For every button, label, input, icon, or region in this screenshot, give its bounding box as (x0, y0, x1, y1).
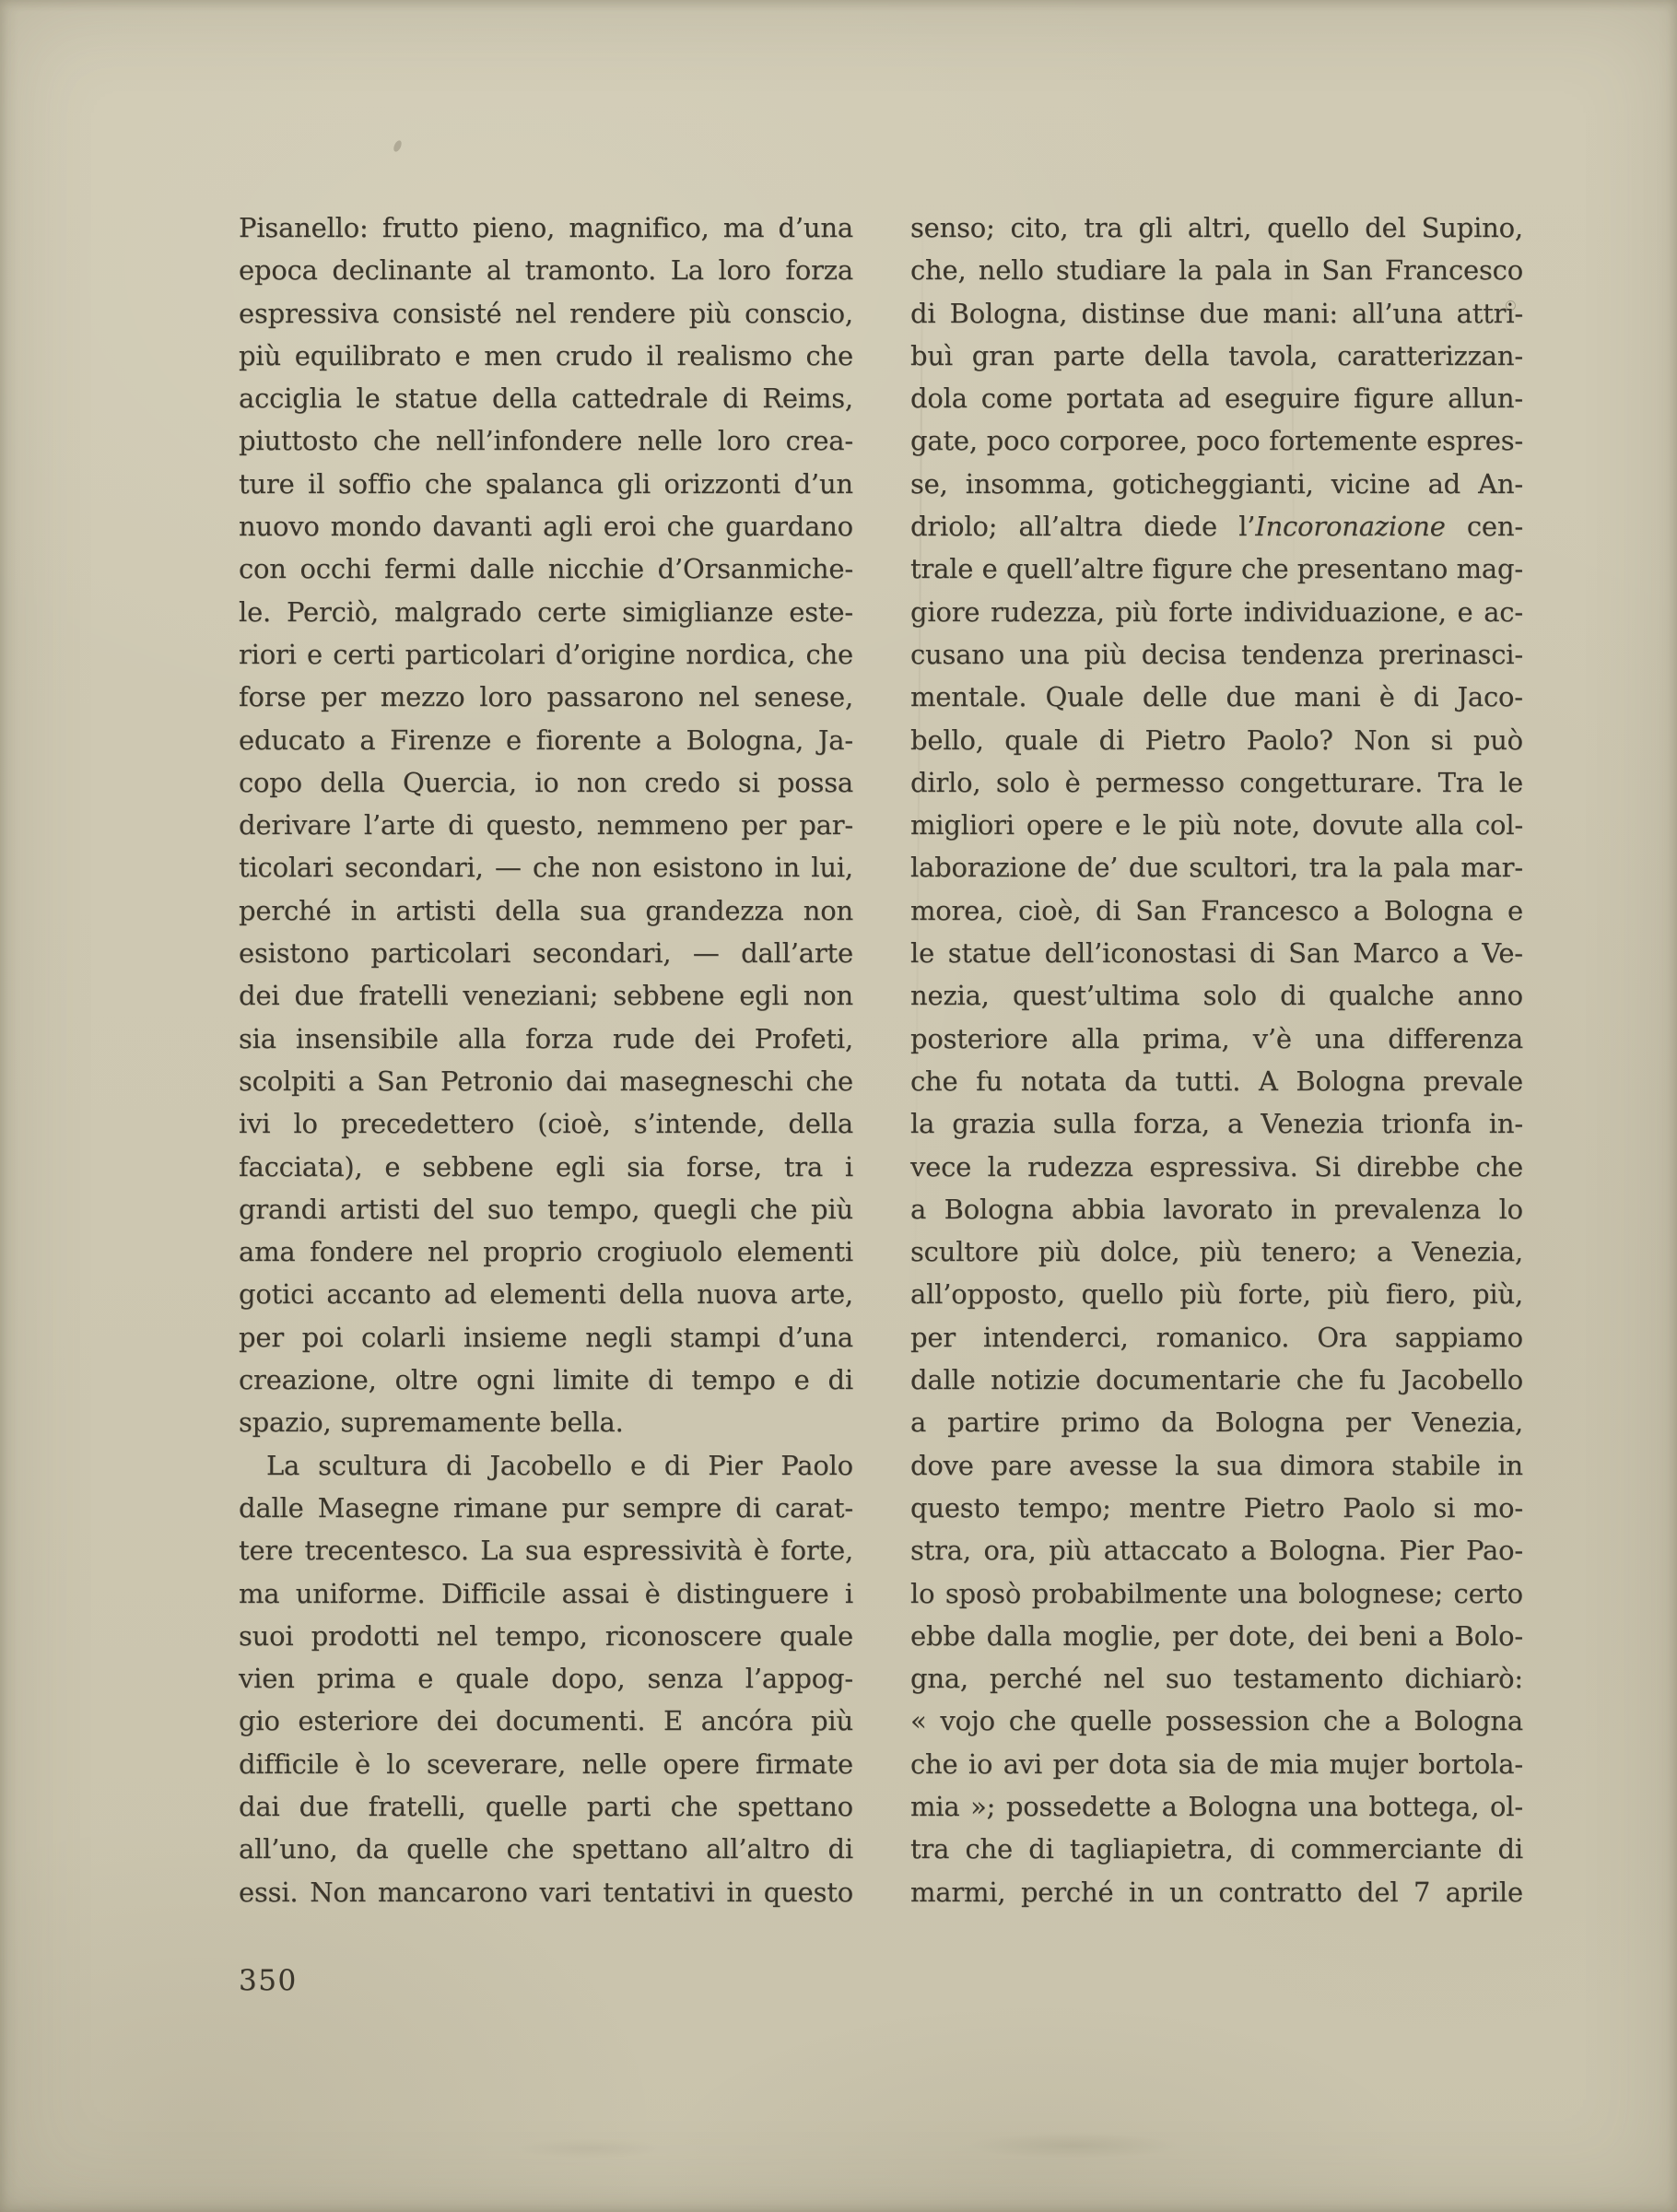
word: colarli (361, 1316, 445, 1359)
word: alla (458, 1018, 506, 1060)
word: figure (1354, 377, 1434, 419)
word: all’uno, (239, 1828, 338, 1870)
word: di (446, 1444, 471, 1487)
text-line: educatoaFirenzeefiorenteaBologna,Ja- (239, 719, 853, 761)
word: tempo; (1018, 1487, 1111, 1529)
word: piuttosto (239, 419, 358, 462)
word: l’arte (364, 804, 435, 846)
word: negli (585, 1316, 651, 1359)
text-line: goticiaccantoadelementidellanuovaarte, (239, 1273, 853, 1315)
word: ancóra (701, 1700, 793, 1742)
word: della (788, 1102, 853, 1145)
word: tutti. (1175, 1060, 1240, 1102)
word: malgrado (394, 591, 522, 633)
word: in (1291, 1188, 1317, 1230)
word: nuovo (239, 505, 320, 547)
word: io (534, 761, 558, 804)
text-line: scultorepiùdolce,piùtenero;aVenezia, (910, 1230, 1523, 1273)
word: in (1129, 1871, 1155, 1913)
word: più (1327, 1273, 1369, 1315)
word: gio (239, 1700, 280, 1742)
word: cattedrale (571, 377, 708, 419)
word: sua (525, 1529, 571, 1571)
word: vari (539, 1871, 591, 1913)
word: i (845, 1572, 853, 1615)
word: dopo, (551, 1657, 625, 1700)
word: particolari (405, 633, 545, 676)
word: più (1049, 1529, 1091, 1571)
text-line: siainsensibileallaforzarudedeiProfeti, (239, 1018, 853, 1060)
text-line: ebbedallamoglie,perdote,deibeniaBolo- (910, 1615, 1523, 1657)
word: forza (525, 1018, 593, 1060)
word: fratelli, (369, 1785, 466, 1828)
word: due (299, 1785, 349, 1828)
word: più, (1472, 1273, 1523, 1315)
word: acciglia (239, 377, 342, 419)
word: dall’arte (741, 932, 853, 974)
word: egli (556, 1146, 604, 1188)
word: prevalenza (1334, 1188, 1481, 1230)
word: »; (970, 1785, 995, 1828)
text-line: dallenotiziedocumentariechefuJacobello (910, 1359, 1523, 1401)
word: più (689, 292, 732, 335)
word: accanto (326, 1273, 430, 1315)
word: d’origine (556, 633, 675, 676)
word: Francesco (1385, 249, 1523, 291)
word: è (645, 1572, 661, 1615)
word: all’altro (706, 1828, 810, 1870)
text-line: cheioaviperdotasiademiamujerbortola- (910, 1743, 1523, 1785)
word: nel (1103, 1657, 1144, 1700)
word: realismo (677, 335, 792, 377)
word: beni (1359, 1615, 1417, 1657)
word: che (965, 1828, 1012, 1870)
word: grandi (239, 1188, 326, 1230)
word: rude (613, 1018, 674, 1060)
word: carat- (775, 1487, 853, 1529)
word: dalla (987, 1615, 1052, 1657)
word: grandezza (645, 889, 783, 932)
right-column: senso;cito,traglialtri,quellodelSupino,c… (910, 206, 1523, 1913)
word: documenti. (496, 1700, 645, 1742)
word: della (492, 377, 557, 419)
word: che (910, 1060, 957, 1102)
word: Bolo- (1455, 1615, 1523, 1657)
word: San (1135, 889, 1186, 932)
text-line: Pisanello:fruttopieno,magnifico,mad’una (239, 206, 853, 249)
word: v’è (1253, 1018, 1292, 1060)
word: caratterizzan- (1337, 335, 1523, 377)
word: questo (910, 1487, 1000, 1529)
word: nel (428, 1230, 469, 1273)
left-column: Pisanello:fruttopieno,magnifico,mad’unae… (239, 206, 853, 1913)
word: Non (310, 1871, 366, 1913)
word: due (294, 974, 344, 1017)
word: cen- (1467, 505, 1523, 547)
word: di (1413, 676, 1438, 718)
word: tramonto. (525, 249, 656, 291)
word: consisté (393, 292, 502, 335)
word: pieno, (473, 206, 555, 249)
word: Profeti, (755, 1018, 853, 1060)
word: nelle (638, 419, 703, 462)
word: soffio (338, 463, 411, 505)
word: sua (1216, 1444, 1262, 1487)
word: la (988, 1146, 1012, 1188)
word: a (910, 1401, 926, 1443)
word: d’Orsanmiche- (658, 547, 853, 590)
word: e (454, 335, 470, 377)
word: che (507, 1828, 554, 1870)
word: esteriore (298, 1700, 418, 1742)
word: dirlo, (910, 761, 980, 804)
word: possedette (1006, 1785, 1151, 1828)
word: è (754, 1529, 769, 1571)
word: anno (1458, 974, 1523, 1017)
text-line: piuttostochenell’infonderenellelorocrea- (239, 419, 853, 462)
word: uniforme. (296, 1572, 426, 1615)
word: a (348, 1060, 364, 1102)
word: più (1116, 591, 1158, 633)
word: An- (1478, 463, 1523, 505)
word: a (910, 1188, 926, 1230)
word: tra (1084, 206, 1122, 249)
word: lo (1499, 1188, 1523, 1230)
word: il (647, 335, 663, 377)
word: suo (487, 1188, 534, 1230)
text-line: gate,pococorporee,pocofortementeespres- (910, 419, 1523, 462)
word: e (1115, 804, 1131, 846)
word: Bologna, (686, 719, 803, 761)
text-line: se,insomma,goticheggianti,vicineadAn- (910, 463, 1523, 505)
word: dota (1108, 1743, 1167, 1785)
word: altri, (1188, 206, 1251, 249)
word: insieme (463, 1316, 568, 1359)
text-line: che,nellostudiarelapalainSanFrancesco (910, 249, 1523, 291)
word: opere (1026, 804, 1103, 846)
word: di (1249, 1828, 1274, 1870)
word: che (1241, 547, 1288, 590)
word: col- (1475, 804, 1523, 846)
word: ticolari (239, 846, 334, 888)
text-line: forsepermezzoloropassarononelsenese, (239, 676, 853, 718)
word: i (845, 1146, 853, 1188)
word: le. (239, 591, 271, 633)
word: ebbe (910, 1615, 976, 1657)
word: avesse (1069, 1444, 1158, 1487)
word: loro (479, 676, 532, 718)
text-line: piùequilibratoemencrudoilrealismoche (239, 335, 853, 377)
word: gotici (239, 1273, 313, 1315)
word: Reims, (762, 377, 853, 419)
text-line: ticolarisecondari,—chenonesistonoinlui, (239, 846, 853, 888)
word: partire (947, 1401, 1039, 1443)
word: e (417, 1657, 433, 1700)
word: differenza (1388, 1018, 1523, 1060)
word: diede (1143, 505, 1217, 547)
word: espressiva. (1149, 1146, 1297, 1188)
word: questo, (487, 804, 584, 846)
ink-speck (393, 139, 404, 153)
word: quale (455, 1657, 529, 1700)
word: dovute (1312, 804, 1403, 846)
word: vien (239, 1657, 295, 1700)
word: masegneschi (619, 1060, 792, 1102)
word: della (320, 761, 385, 804)
word: possession (1166, 1700, 1309, 1742)
word: più (1085, 633, 1127, 676)
word: e (307, 633, 322, 676)
word: copo (239, 761, 302, 804)
text-line: vienprimaequaledopo,senzal’appog- (239, 1657, 853, 1700)
word: sia (627, 1146, 664, 1188)
word: quale (1004, 719, 1078, 761)
word: fratelli (358, 974, 448, 1017)
word: e (1507, 889, 1523, 932)
word: una (1315, 1018, 1365, 1060)
text-line: teretrecentesco.Lasuaespressivitàèforte, (239, 1529, 853, 1571)
word: per (1345, 1401, 1390, 1443)
word: allun- (1448, 377, 1523, 419)
word: più (1179, 804, 1221, 846)
word: Bologna (1296, 1060, 1405, 1102)
word: scultori, (1189, 846, 1298, 888)
word: mia (910, 1785, 959, 1828)
word: ivi (239, 1102, 270, 1145)
word: prerinasci- (1378, 633, 1523, 676)
word: dalle (239, 1487, 304, 1529)
word: se, (910, 463, 948, 505)
word: eseguire (1225, 377, 1340, 419)
word: scultore (910, 1230, 1019, 1273)
text-line: stra,ora,piùattaccatoaBologna.PierPao- (910, 1529, 1523, 1571)
word: sebbene (422, 1146, 534, 1188)
word: limite (553, 1359, 629, 1401)
word: poco (987, 419, 1050, 462)
word: insensibile (296, 1018, 439, 1060)
word: trionfa (1381, 1102, 1472, 1145)
word: lo (910, 1572, 934, 1615)
word: (cioè, (537, 1102, 610, 1145)
word: da (356, 1828, 388, 1870)
word: all’una (1352, 292, 1442, 335)
word: stampi (670, 1316, 760, 1359)
word: di (828, 1359, 853, 1401)
word: E (663, 1700, 683, 1742)
word: marmi, (910, 1871, 1005, 1913)
text-line: bello,qualediPietroPaolo?Nonsipuò (910, 719, 1523, 761)
word: vece (910, 1146, 971, 1188)
word: esistono (239, 932, 349, 974)
word: davanti (432, 505, 532, 547)
word: La (266, 1444, 299, 1487)
word: quelle (406, 1828, 488, 1870)
word: in (726, 1871, 752, 1913)
word: nello (979, 249, 1044, 291)
word: la (910, 1102, 934, 1145)
word: che (667, 505, 714, 547)
word: di (1249, 932, 1274, 974)
word: contratto (1218, 1871, 1342, 1913)
word: ma (239, 1572, 279, 1615)
word: nuova (697, 1273, 778, 1315)
word: La (480, 1529, 513, 1571)
word: ol- (1490, 1785, 1523, 1828)
word: per (741, 804, 786, 846)
word: quello (1082, 1273, 1164, 1315)
word: nell’infondere (436, 419, 622, 462)
text-line: laborazionede’duescultori,tralapalamar- (910, 846, 1523, 888)
word: Pisanello: (239, 206, 369, 249)
word: equilibrato (295, 335, 441, 377)
text-line: perintenderci,romanico.Orasappiamo (910, 1316, 1523, 1359)
word: che (533, 846, 580, 888)
word: senese, (754, 676, 853, 718)
word: avi (1003, 1743, 1042, 1785)
word: di (910, 292, 935, 335)
word: può (1473, 719, 1523, 761)
word: mentre (1129, 1487, 1225, 1529)
text-line: posterioreallaprima,v’èunadifferenza (910, 1018, 1523, 1060)
word: dei (437, 1700, 477, 1742)
word: Pier (1399, 1529, 1453, 1571)
word: di (828, 1828, 853, 1870)
word: simiglianze (622, 591, 773, 633)
word: e (384, 1146, 400, 1188)
word: mujer (1330, 1743, 1408, 1785)
word: a (359, 719, 375, 761)
word: quelle (486, 1785, 568, 1828)
word: Paolo (1343, 1487, 1415, 1529)
word: forse (239, 676, 306, 718)
word: che (750, 1188, 797, 1230)
text-line: perpoicolarliinsiemeneglistampid’una (239, 1316, 853, 1359)
word: La (671, 249, 704, 291)
word: da (1161, 1401, 1193, 1443)
word: Masegne (318, 1487, 440, 1529)
word: sebbene (613, 974, 724, 1017)
word: sappiamo (1395, 1316, 1523, 1359)
text-line: grandiartistidelsuotempo,queglichepiù (239, 1188, 853, 1230)
word: — (495, 846, 522, 888)
word: Bologna. (1269, 1529, 1387, 1571)
word: direbbe (1356, 1146, 1460, 1188)
word: la (1179, 249, 1202, 291)
word: del (1357, 1871, 1398, 1913)
word: Petronio (440, 1060, 553, 1102)
text-line: nezia,quest’ultimasolodiqualcheanno (910, 974, 1523, 1017)
word: pala (1215, 249, 1272, 291)
word: ac- (1483, 591, 1523, 633)
word: tere (239, 1529, 293, 1571)
word: statue (394, 377, 477, 419)
word: si (738, 761, 760, 804)
word: sempre (622, 1487, 721, 1529)
text-line: driolo;all’altradiedel’Incoronazionecen- (910, 505, 1523, 547)
word: guardano (725, 505, 853, 547)
word: esistono (652, 846, 763, 888)
text-line: giorerudezza,piùforteindividuazione,eac- (910, 591, 1523, 633)
word: dove (910, 1444, 974, 1487)
word: senso; (910, 206, 995, 249)
word: Ve- (1482, 932, 1523, 974)
word: perché (990, 1657, 1082, 1700)
word: poco (1196, 419, 1260, 462)
word: Pao- (1466, 1529, 1523, 1571)
word: del (433, 1188, 474, 1230)
word: stabile (1391, 1444, 1481, 1487)
word: a (1240, 1529, 1256, 1571)
word: corporee, (1059, 419, 1187, 462)
word: nel (437, 1615, 478, 1657)
word: studiare (1056, 249, 1167, 291)
word: essi. (239, 1871, 298, 1913)
word: sia (1179, 1743, 1216, 1785)
word: sua (580, 889, 626, 932)
word: di (448, 804, 473, 846)
word: suo (1166, 1657, 1212, 1700)
word: gran (972, 335, 1035, 377)
word: a (1428, 1615, 1444, 1657)
word: le (910, 932, 934, 974)
word: congetturare. (1239, 761, 1423, 804)
word: dolce, (1100, 1230, 1180, 1273)
word: notata (1021, 1060, 1107, 1102)
word: scolpiti (239, 1060, 335, 1102)
text-line: vecelarudezzaespressiva.Sidirebbeche (910, 1146, 1523, 1188)
word: attaccato (1104, 1529, 1228, 1571)
word: quelle (1070, 1700, 1152, 1742)
word: nel (698, 676, 740, 718)
word: all’opposto, (910, 1273, 1065, 1315)
word: note, (1233, 804, 1300, 846)
word: Pietro (1145, 719, 1226, 761)
word: documentarie (1096, 1359, 1281, 1401)
word: solo (1203, 974, 1257, 1017)
word: Ja- (818, 719, 853, 761)
word: da (1124, 1060, 1156, 1102)
word: le (1143, 804, 1167, 846)
word: a (1452, 932, 1468, 974)
word: mezzo (381, 676, 465, 718)
word: pare (991, 1444, 1051, 1487)
word: d’una (779, 206, 853, 249)
word: Tra (1438, 761, 1484, 804)
text-line: tureilsoffiochespalancagliorizzontid’un (239, 463, 853, 505)
word: grazia (952, 1102, 1035, 1145)
word: delle (1143, 676, 1207, 718)
text-line: senso;cito,traglialtri,quellodelSupino, (910, 206, 1523, 249)
word: cusano (910, 633, 1004, 676)
word: lavorato (1163, 1188, 1272, 1230)
word: della (619, 1273, 685, 1315)
text-line: all’opposto,quellopiùforte,piùfiero,più, (910, 1273, 1523, 1315)
word: un (1169, 1871, 1203, 1913)
word: fu (1359, 1359, 1386, 1401)
word: di (664, 1444, 689, 1487)
word: — (693, 932, 720, 974)
word: mia (1270, 1743, 1319, 1785)
word: orizzonti (664, 463, 780, 505)
text-line: mia»;possedetteaBolognaunabottega,ol- (910, 1785, 1523, 1828)
word: ora, (984, 1529, 1037, 1571)
word: Firenze (390, 719, 491, 761)
word: este- (789, 591, 853, 633)
word: de’ (1077, 846, 1118, 888)
word: perché (239, 889, 331, 932)
word: spettano (572, 1828, 688, 1870)
word: presentano (1297, 547, 1448, 590)
